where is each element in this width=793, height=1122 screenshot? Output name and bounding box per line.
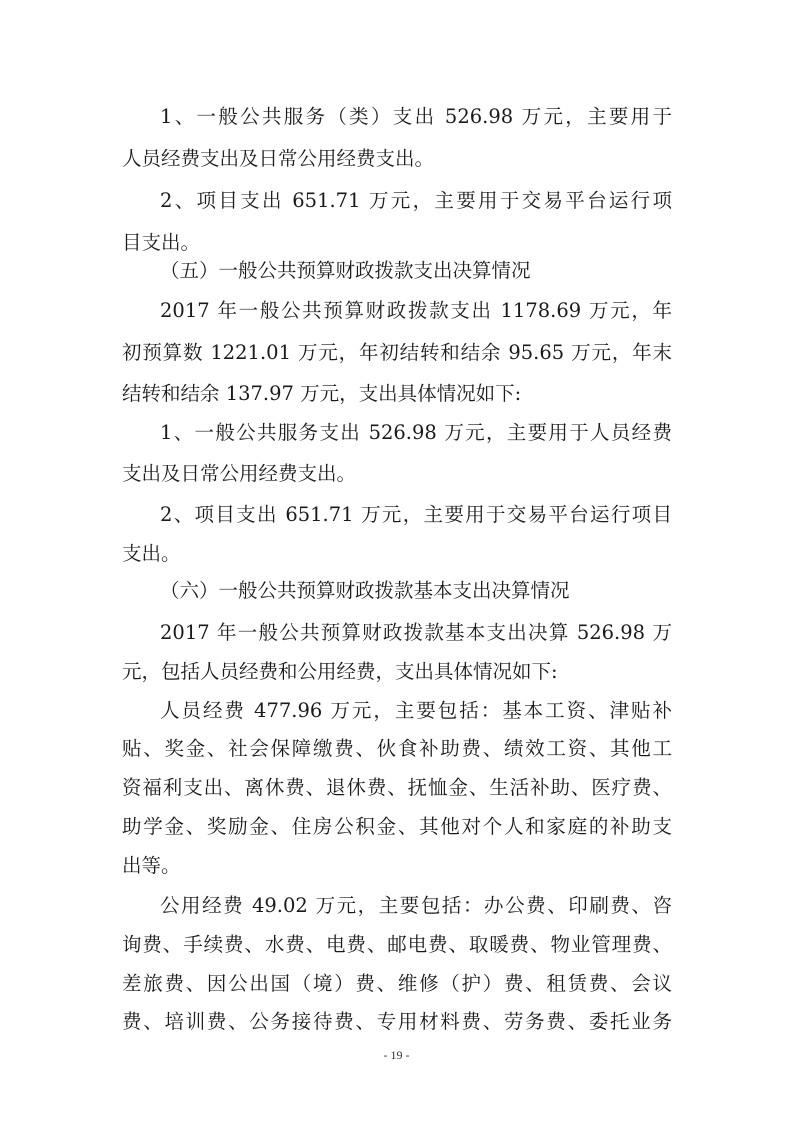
paragraph-line: 差旅费、因公出国（境）费、维修（护）费、租赁费、会议 bbox=[122, 971, 672, 997]
paragraph-line: 1、一般公共服务支出 526.98 万元，主要用于人员经费 bbox=[160, 420, 672, 446]
paragraph-line: 结转和结余 137.97 万元，支出具体情况如下: bbox=[122, 381, 672, 407]
paragraph-line: 人员经费支出及日常公用经费支出。 bbox=[122, 146, 672, 172]
section-heading: （六）一般公共预算财政拨款基本支出决算情况 bbox=[160, 578, 570, 604]
paragraph-line: 2017 年一般公共预算财政拨款基本支出决算 526.98 万 bbox=[160, 620, 672, 646]
paragraph-line: 目支出。 bbox=[122, 230, 672, 256]
paragraph-line: 询费、手续费、水费、电费、邮电费、取暖费、物业管理费、 bbox=[122, 932, 672, 958]
paragraph-line: 助学金、奖励金、住房公积金、其他对个人和家庭的补助支 bbox=[122, 814, 672, 840]
paragraph-line: 2、项目支出 651.71 万元，主要用于交易平台运行项 bbox=[160, 188, 672, 214]
paragraph-line: 支出及日常公用经费支出。 bbox=[122, 461, 672, 487]
paragraph-line: 人员经费 477.96 万元，主要包括：基本工资、津贴补 bbox=[160, 698, 672, 724]
paragraph-line: 2、项目支出 651.71 万元，主要用于交易平台运行项目 bbox=[160, 502, 672, 528]
paragraph-line: 支出。 bbox=[122, 541, 672, 567]
paragraph-line: 资福利支出、离休费、退休费、抚恤金、生活补助、医疗费、 bbox=[122, 775, 672, 801]
paragraph-line: 1、一般公共服务（类）支出 526.98 万元，主要用于 bbox=[160, 104, 672, 130]
page-number: - 19 - bbox=[0, 1048, 793, 1063]
paragraph-line: 初预算数 1221.01 万元，年初结转和结余 95.65 万元，年末 bbox=[122, 340, 672, 366]
paragraph-line: 费、培训费、公务接待费、专用材料费、劳务费、委托业务 bbox=[122, 1009, 672, 1035]
paragraph-line: 贴、奖金、社会保障缴费、伙食补助费、绩效工资、其他工 bbox=[122, 736, 672, 762]
paragraph-line: 公用经费 49.02 万元，主要包括：办公费、印刷费、咨 bbox=[160, 893, 672, 919]
section-heading: （五）一般公共预算财政拨款支出决算情况 bbox=[160, 258, 531, 284]
paragraph-line: 2017 年一般公共预算财政拨款支出 1178.69 万元，年 bbox=[160, 298, 672, 324]
paragraph-line: 元，包括人员经费和公用经费，支出具体情况如下: bbox=[122, 659, 672, 685]
paragraph-line: 出等。 bbox=[122, 853, 672, 879]
document-page: 1、一般公共服务（类）支出 526.98 万元，主要用于 人员经费支出及日常公用… bbox=[0, 0, 793, 1122]
